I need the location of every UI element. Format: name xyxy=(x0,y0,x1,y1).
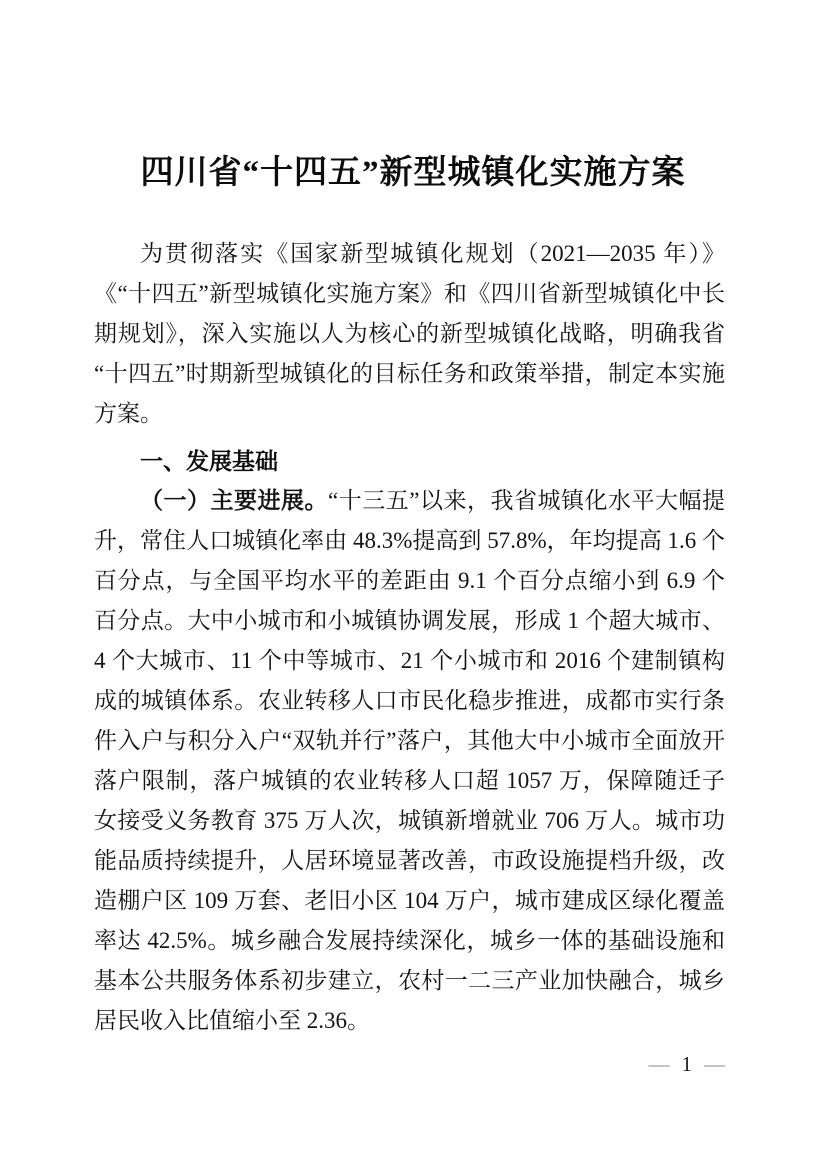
section-heading-development-basis: 一、发展基础 xyxy=(94,441,725,481)
page-number-dash-left: — xyxy=(649,1052,670,1076)
page-number: 1 xyxy=(670,1052,705,1076)
page-footer: —1— xyxy=(94,1049,725,1079)
document-page: 四川省“十四五”新型城镇化实施方案 为贯彻落实《国家新型城镇化规划（2021—2… xyxy=(0,0,826,1169)
subsection-main-progress-paragraph: （一）主要进展。“十三五”以来，我省城镇化水平大幅提升，常住人口城镇化率由 48… xyxy=(94,481,725,1041)
subsection-lead-label: （一）主要进展。 xyxy=(140,488,328,513)
document-title: 四川省“十四五”新型城镇化实施方案 xyxy=(0,0,826,196)
subsection-body-text: “十三五”以来，我省城镇化水平大幅提升，常住人口城镇化率由 48.3%提高到 5… xyxy=(94,488,725,1033)
document-body: 为贯彻落实《国家新型城镇化规划（2021—2035 年）》《“十四五”新型城镇化… xyxy=(94,234,725,1079)
page-number-dash-right: — xyxy=(704,1052,725,1076)
intro-paragraph: 为贯彻落实《国家新型城镇化规划（2021—2035 年）》《“十四五”新型城镇化… xyxy=(94,234,725,434)
